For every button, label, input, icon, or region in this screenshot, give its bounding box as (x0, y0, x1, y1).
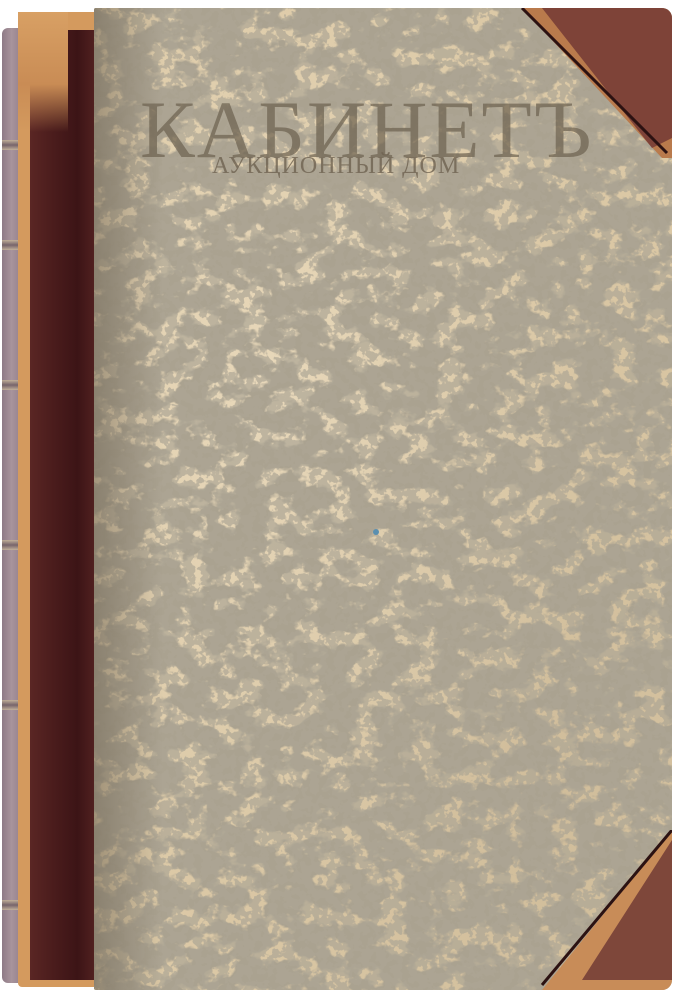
paper-board-cover (94, 8, 672, 990)
leather-wear (18, 12, 68, 132)
leather-corner-bottom-right (502, 830, 672, 990)
book-cover-photo: КАБИНЕТЪ АУКЦИОННЫЙ ДОМ (0, 0, 685, 1000)
leather-spine-strip (30, 30, 98, 980)
leather-corner-top-right (502, 8, 672, 168)
